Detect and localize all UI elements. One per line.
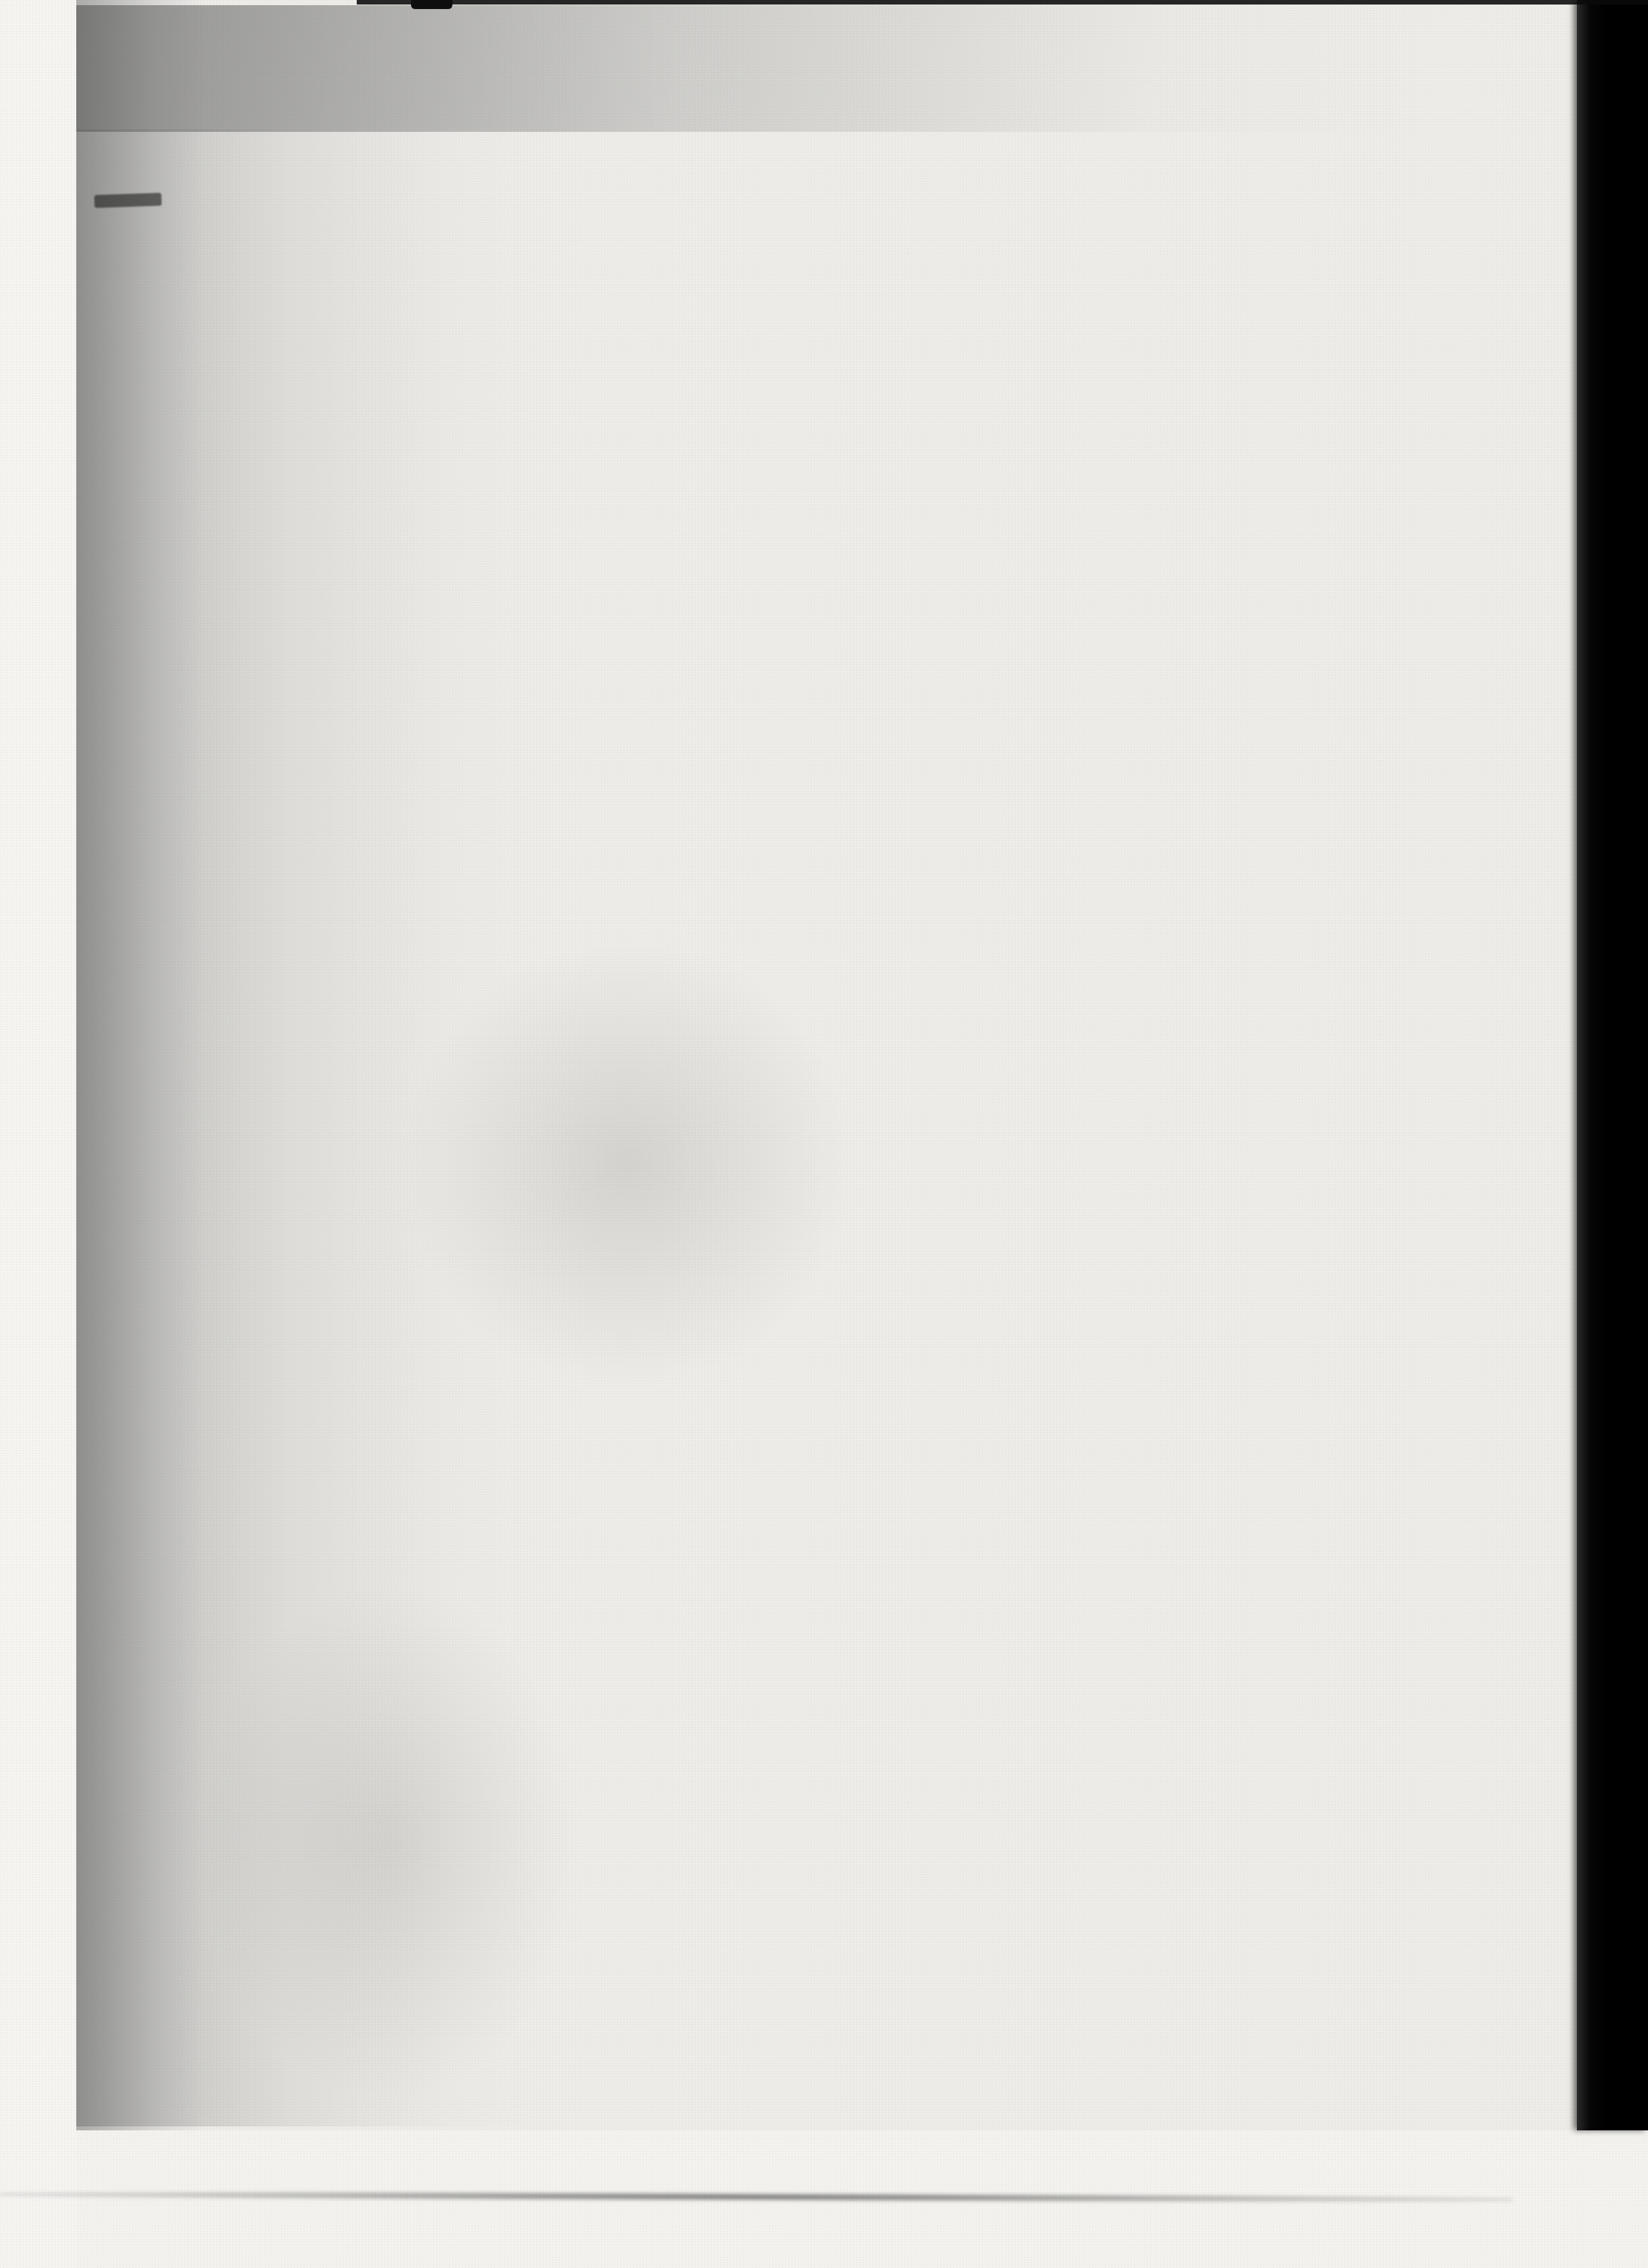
scanner-bed-left [0, 0, 76, 2268]
scan-edge-mark [411, 0, 452, 9]
scan-black-border [1577, 0, 1648, 2130]
scan-smudge-title [76, 5, 1577, 132]
scan-edge-top [357, 0, 1648, 5]
ink-smear [94, 193, 162, 208]
scan-smudge-blotch [401, 937, 853, 1390]
scan-smudge-gutter [76, 0, 206, 2130]
page-title [226, 28, 1454, 47]
scan-smudge-left [76, 129, 542, 2126]
scan-smudge-blotch [194, 1584, 582, 2101]
scanned-ledger-page [0, 0, 1648, 2268]
